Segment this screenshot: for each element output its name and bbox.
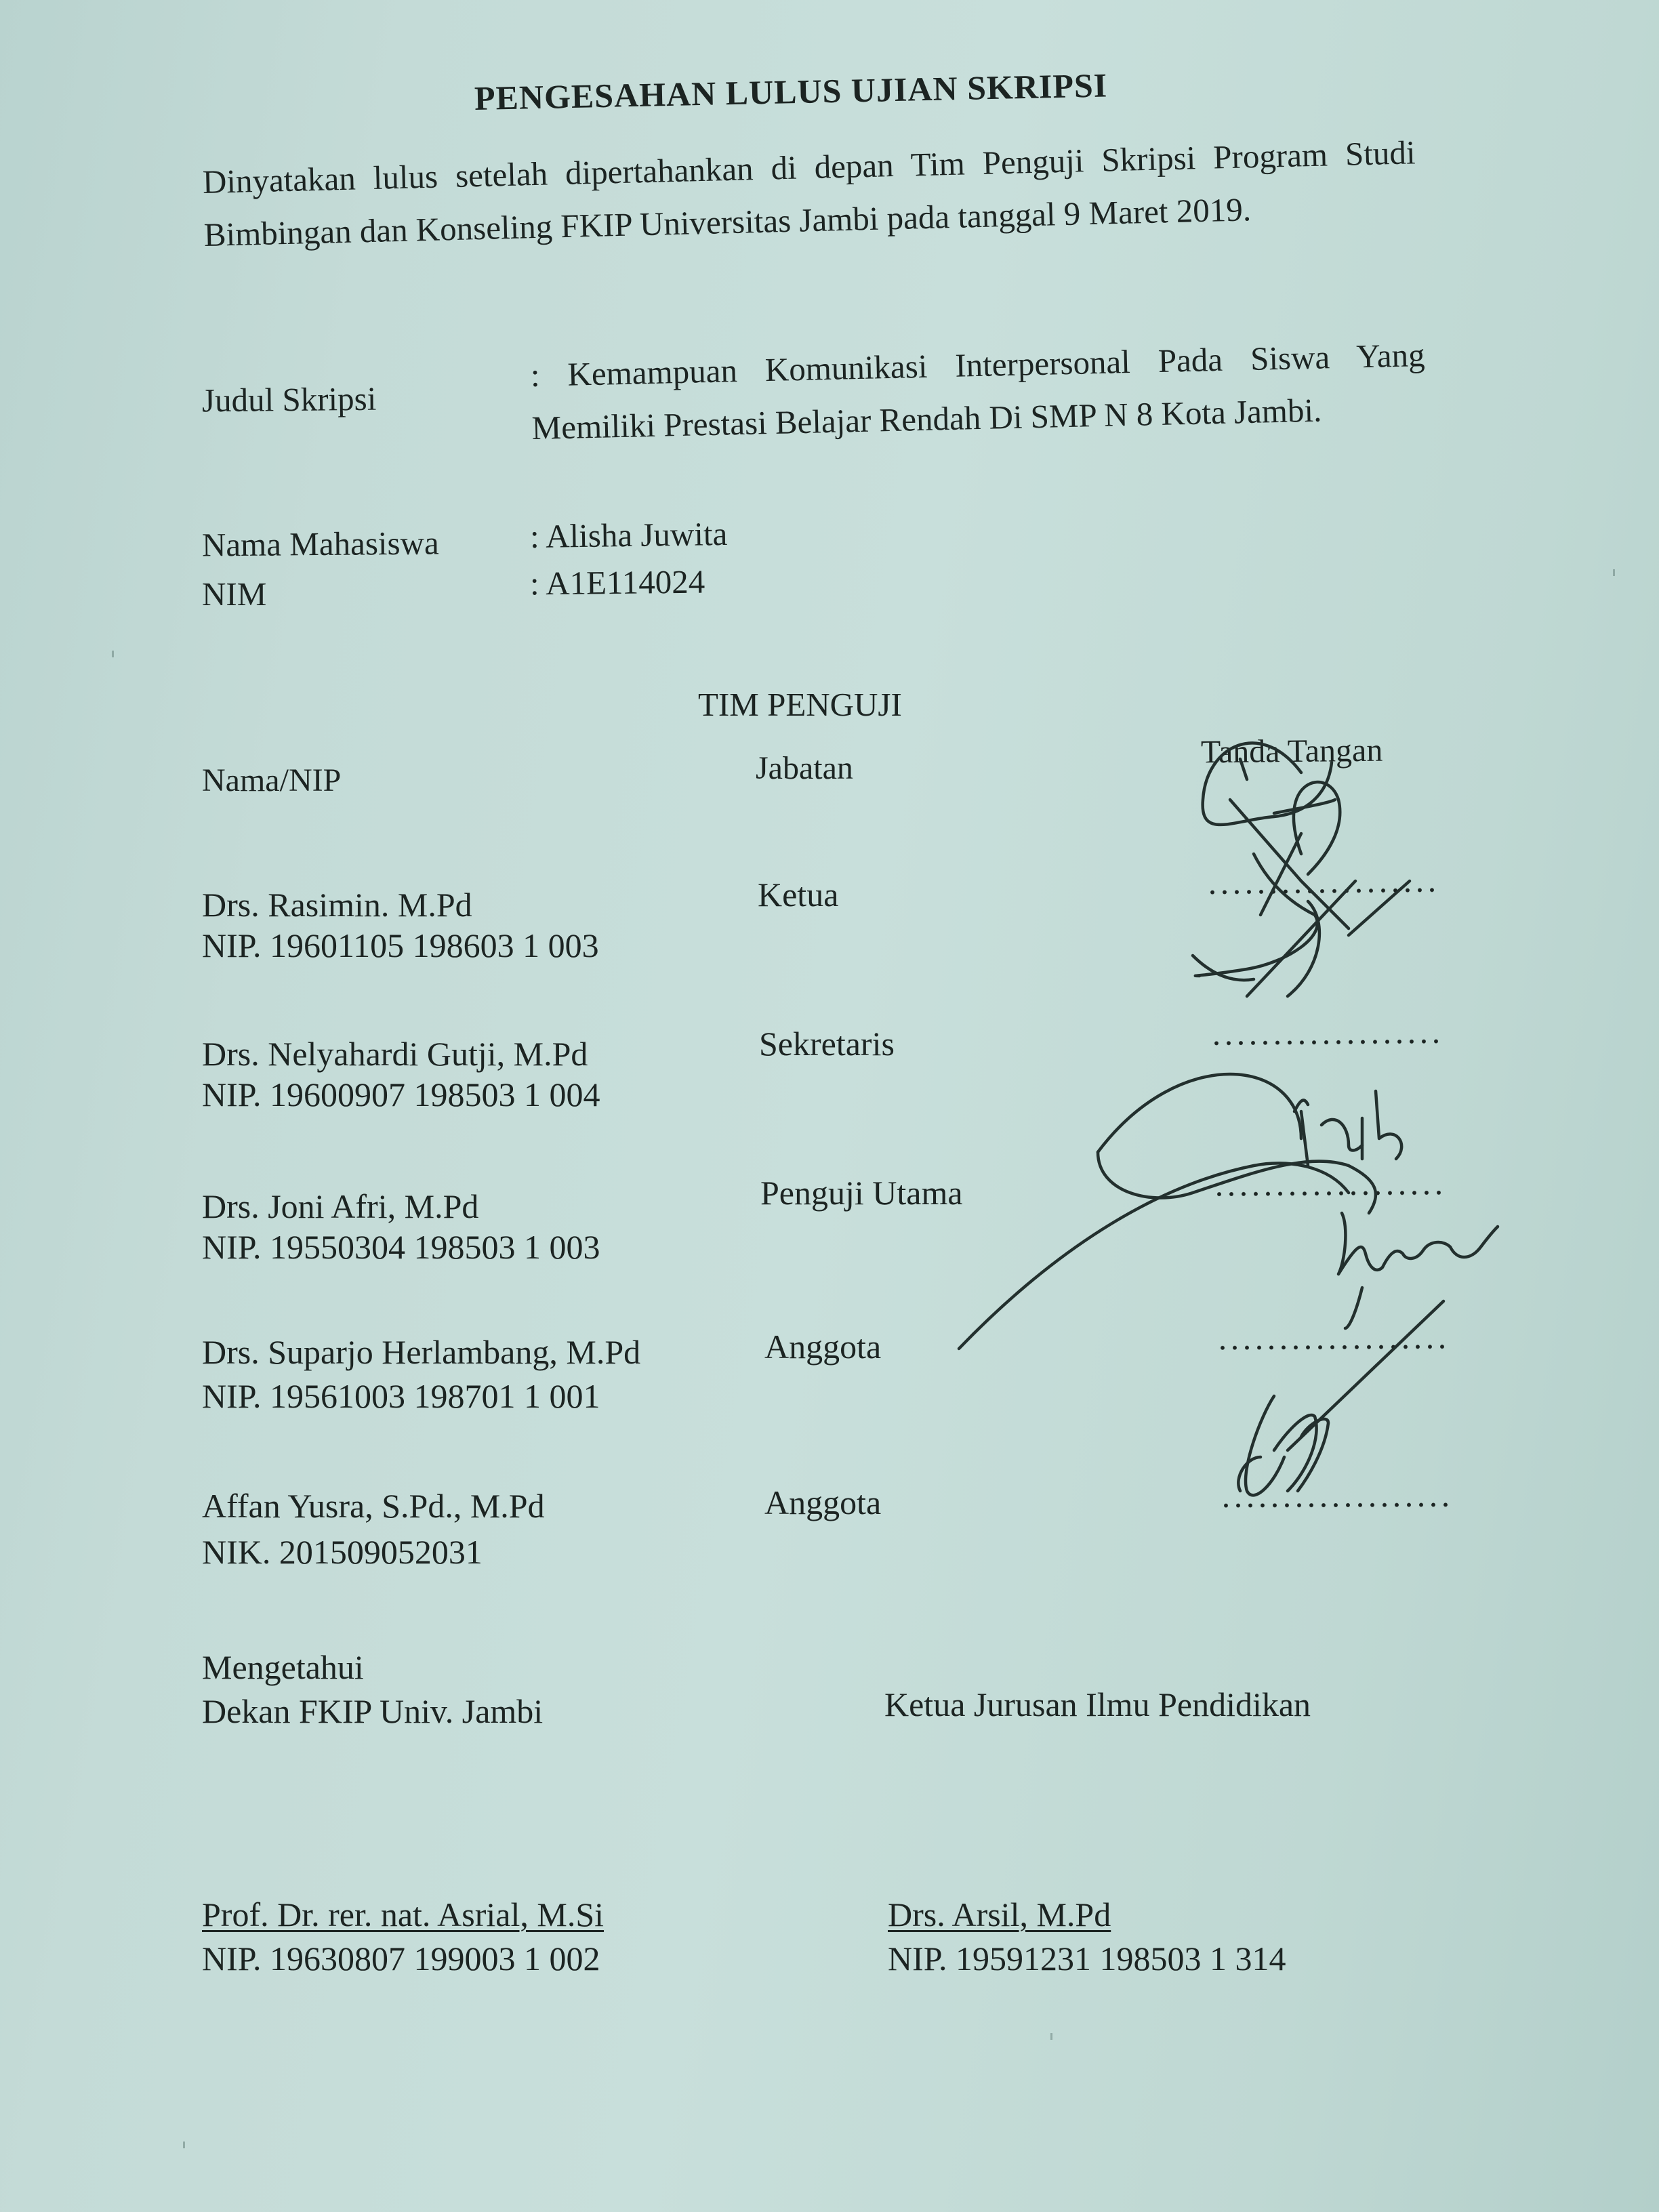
member-id: NIP. 19550304 198503 1 003 — [202, 1230, 600, 1264]
field-value-nama: : Alisha Juwita — [530, 517, 728, 553]
signature-line — [1206, 888, 1437, 895]
field-label-nim: NIM — [202, 577, 266, 611]
member-name: Drs. Suparjo Herlambang, M.Pd — [202, 1335, 640, 1369]
intro-paragraph: Dinyatakan lulus setelah dipertahankan d… — [202, 126, 1417, 262]
paper-speck — [1613, 569, 1615, 576]
member-name: Drs. Nelyahardi Gutji, M.Pd — [202, 1037, 588, 1071]
member-id: NIP. 19600907 198503 1 004 — [202, 1078, 600, 1111]
approval-left-line2: Dekan FKIP Univ. Jambi — [202, 1694, 543, 1728]
field-value-judul: : Kemampuan Komunikasi Interpersonal Pad… — [530, 329, 1427, 455]
approval-right-line2: Ketua Jurusan Ilmu Pendidikan — [884, 1687, 1311, 1721]
paper-speck — [1050, 2033, 1052, 2040]
paper-speck — [183, 2142, 185, 2148]
member-name: Affan Yusra, S.Pd., M.Pd — [202, 1489, 545, 1523]
member-role: Anggota — [764, 1330, 881, 1364]
member-role: Sekretaris — [759, 1027, 895, 1061]
field-label-judul: Judul Skripsi — [202, 382, 377, 417]
column-header-role: Jabatan — [756, 752, 853, 785]
member-id: NIK. 201509052031 — [202, 1535, 483, 1569]
signature-anggota-1-icon — [1238, 1301, 1443, 1495]
column-header-signature: Tanda Tangan — [1201, 735, 1383, 769]
dean-id: NIP. 19630807 199003 1 002 — [202, 1942, 600, 1975]
member-name: Drs. Joni Afri, M.Pd — [202, 1189, 478, 1223]
document-title: PENGESAHAN LULUS UJIAN SKRIPSI — [474, 68, 1107, 115]
paper-speck — [112, 651, 114, 657]
signature-line — [1210, 1040, 1441, 1046]
head-id: NIP. 19591231 198503 1 314 — [888, 1942, 1286, 1975]
member-role: Ketua — [758, 878, 838, 912]
approval-left-line1: Mengetahui — [202, 1650, 364, 1684]
member-id: NIP. 19561003 198701 1 001 — [202, 1379, 600, 1413]
dean-name: Prof. Dr. rer. nat. Asrial, M.Si — [202, 1898, 604, 1931]
member-name: Drs. Rasimin. M.Pd — [202, 888, 472, 922]
column-header-name: Nama/NIP — [202, 764, 341, 797]
member-id: NIP. 19601105 198603 1 003 — [202, 928, 599, 962]
signature-line — [1213, 1191, 1443, 1196]
field-value-nim: : A1E114024 — [530, 565, 705, 600]
head-name: Drs. Arsil, M.Pd — [888, 1898, 1111, 1931]
signature-line — [1216, 1345, 1447, 1350]
member-role: Anggota — [764, 1486, 881, 1519]
document-page: PENGESAHAN LULUS UJIAN SKRIPSI Dinyataka… — [0, 0, 1659, 2212]
signature-line — [1220, 1502, 1450, 1507]
member-role: Penguji Utama — [760, 1176, 963, 1210]
signature-ketua-icon — [1193, 743, 1410, 996]
committee-heading: TIM PENGUJI — [698, 688, 902, 721]
field-label-nama: Nama Mahasiswa — [202, 526, 439, 561]
